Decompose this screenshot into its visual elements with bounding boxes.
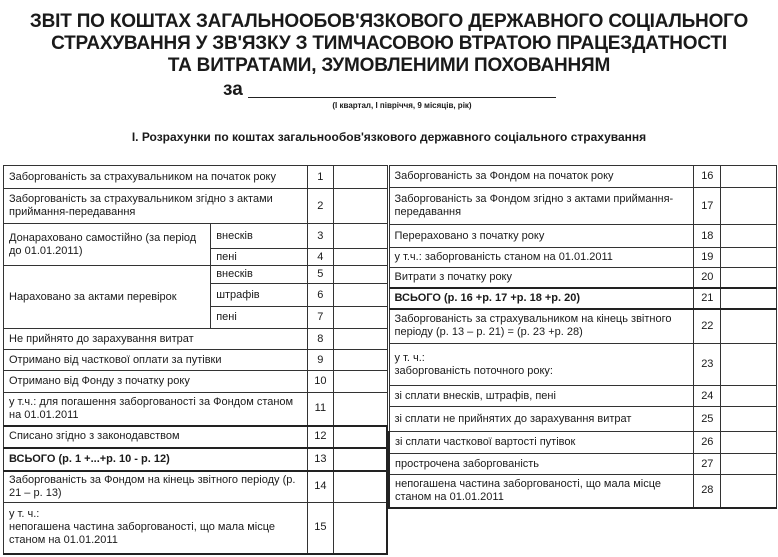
table-row: Отримано від часткової оплати за путівки…: [4, 350, 388, 371]
row-value-cell[interactable]: [721, 188, 777, 225]
row-number: 8: [307, 329, 333, 350]
row-value-cell[interactable]: [333, 284, 387, 307]
row-label: Заборгованість за страхувальником згідно…: [4, 189, 308, 224]
row-label: Заборгованість за Фондом на кінець звітн…: [4, 471, 308, 503]
row-value-cell[interactable]: [333, 224, 387, 249]
row-label: Витрати з початку року: [389, 268, 694, 288]
table-row: прострочена заборгованість 27: [389, 454, 777, 475]
row-sub-label: внесків: [211, 266, 308, 284]
row-label: у т. ч.: непогашена частина заборгованос…: [4, 503, 308, 554]
row-label: ВСЬОГО (р. 1 +...+р. 10 - р. 12): [4, 448, 308, 471]
row-value-cell[interactable]: [721, 454, 777, 475]
row-label: Заборгованість за страхувальником на поч…: [4, 166, 308, 189]
row-value-cell[interactable]: [333, 503, 387, 554]
table-row: зі сплати не прийнятих до зарахування ви…: [389, 407, 777, 432]
table-row: Заборгованість за страхувальником на поч…: [4, 166, 388, 189]
row-value-cell[interactable]: [721, 288, 777, 309]
table-row: Заборгованість за Фондом згідно з актами…: [389, 188, 777, 225]
row-value-cell[interactable]: [721, 309, 777, 344]
row-label: зі сплати часткової вартості путівок: [389, 432, 694, 454]
table-row: у т.ч.: для погашення заборгованості за …: [4, 393, 388, 426]
table-row: у т.ч.: заборгованість станом на 01.01.2…: [389, 248, 777, 268]
row-value-cell[interactable]: [333, 249, 387, 266]
row-label: прострочена заборгованість: [389, 454, 694, 475]
row-label: непогашена частина заборгованості, що ма…: [389, 475, 694, 508]
row-number: 18: [694, 225, 721, 248]
row-number: 12: [307, 426, 333, 448]
right-table: Заборгованість за Фондом на початок року…: [388, 165, 777, 509]
row-label: Отримано від Фонду з початку року: [4, 371, 308, 393]
row-number: 21: [694, 288, 721, 309]
row-value-cell[interactable]: [333, 471, 387, 503]
row-number: 14: [307, 471, 333, 503]
row-value-cell[interactable]: [333, 266, 387, 284]
report-title: ЗВІТ ПО КОШТАХ ЗАГАЛЬНООБОВ'ЯЗКОВОГО ДЕР…: [0, 11, 778, 77]
row-number: 4: [307, 249, 333, 266]
row-number: 25: [694, 407, 721, 432]
row-value-cell[interactable]: [721, 225, 777, 248]
row-value-cell[interactable]: [721, 166, 777, 188]
row-number: 2: [307, 189, 333, 224]
row-number: 26: [694, 432, 721, 454]
row-number: 23: [694, 344, 721, 386]
row-number: 28: [694, 475, 721, 508]
table-row: у т. ч.: заборгованість поточного року: …: [389, 344, 777, 386]
table-row: Нараховано за актами перевірок внесків 5: [4, 266, 388, 284]
table-row: Заборгованість за Фондом на початок року…: [389, 166, 777, 188]
row-number: 17: [694, 188, 721, 225]
title-line: ЗВІТ ПО КОШТАХ ЗАГАЛЬНООБОВ'ЯЗКОВОГО ДЕР…: [0, 11, 778, 33]
row-value-cell[interactable]: [333, 371, 387, 393]
row-value-cell[interactable]: [721, 386, 777, 407]
row-number: 10: [307, 371, 333, 393]
row-label: зі сплати не прийнятих до зарахування ви…: [389, 407, 694, 432]
row-label-line: у т. ч.:: [395, 352, 689, 365]
section-title: І. Розрахунки по коштах загальнообов'язк…: [0, 130, 778, 144]
table-row: Не прийнято до зарахування витрат 8: [4, 329, 388, 350]
period-prefix: за: [223, 79, 243, 101]
row-value-cell[interactable]: [721, 248, 777, 268]
row-value-cell[interactable]: [333, 329, 387, 350]
row-value-cell[interactable]: [333, 393, 387, 426]
row-number: 15: [307, 503, 333, 554]
table-row: у т. ч.: непогашена частина заборгованос…: [4, 503, 388, 554]
table-row: ВСЬОГО (р. 16 +р. 17 +р. 18 +р. 20) 21: [389, 288, 777, 309]
row-label-line: у т. ч.:: [9, 508, 302, 521]
row-value-cell[interactable]: [333, 166, 387, 189]
row-number: 7: [307, 307, 333, 329]
row-label-line: заборгованість поточного року:: [395, 365, 689, 378]
table-row: Заборгованість за страхувальником на кін…: [389, 309, 777, 344]
row-label-line: непогашена частина заборгованості, що ма…: [9, 521, 302, 547]
row-number: 22: [694, 309, 721, 344]
row-value-cell[interactable]: [721, 407, 777, 432]
row-label: у т.ч.: для погашення заборгованості за …: [4, 393, 308, 426]
row-number: 6: [307, 284, 333, 307]
table-row: Донараховано самостійно (за період до 01…: [4, 224, 388, 249]
table-row: Витрати з початку року 20: [389, 268, 777, 288]
row-value-cell[interactable]: [721, 268, 777, 288]
row-group-label: Донараховано самостійно (за період до 01…: [4, 224, 211, 266]
row-label: зі сплати внесків, штрафів, пені: [389, 386, 694, 407]
period-field[interactable]: [248, 97, 556, 98]
row-number: 9: [307, 350, 333, 371]
row-label: Заборгованість за Фондом згідно з актами…: [389, 188, 694, 225]
title-line: СТРАХУВАННЯ У ЗВ'ЯЗКУ З ТИМЧАСОВОЮ ВТРАТ…: [0, 33, 778, 55]
row-number: 27: [694, 454, 721, 475]
row-sub-label: пені: [211, 249, 308, 266]
row-number: 5: [307, 266, 333, 284]
row-label: Отримано від часткової оплати за путівки: [4, 350, 308, 371]
row-number: 19: [694, 248, 721, 268]
row-value-cell[interactable]: [333, 426, 387, 448]
row-label: Списано згідно з законодавством: [4, 426, 308, 448]
row-number: 16: [694, 166, 721, 188]
table-row: Отримано від Фонду з початку року 10: [4, 371, 388, 393]
period-hint: (І квартал, І півріччя, 9 місяців, рік): [248, 101, 556, 110]
row-number: 11: [307, 393, 333, 426]
title-line: ТА ВИТРАТАМИ, ЗУМОВЛЕНИМИ ПОХОВАННЯМ: [0, 55, 778, 77]
table-row: зі сплати часткової вартості путівок 26: [389, 432, 777, 454]
table-row: Перераховано з початку року 18: [389, 225, 777, 248]
row-value-cell[interactable]: [721, 475, 777, 508]
table-row: непогашена частина заборгованості, що ма…: [389, 475, 777, 508]
table-row: Заборгованість за страхувальником згідно…: [4, 189, 388, 224]
row-value-cell[interactable]: [333, 350, 387, 371]
row-value-cell[interactable]: [333, 189, 387, 224]
left-table: Заборгованість за страхувальником на поч…: [3, 165, 388, 555]
row-value-cell[interactable]: [721, 432, 777, 454]
row-value-cell[interactable]: [333, 307, 387, 329]
row-label: у т.ч.: заборгованість станом на 01.01.2…: [389, 248, 694, 268]
row-value-cell[interactable]: [721, 344, 777, 386]
row-sub-label: внесків: [211, 224, 308, 249]
row-number: 3: [307, 224, 333, 249]
row-label: ВСЬОГО (р. 16 +р. 17 +р. 18 +р. 20): [389, 288, 694, 309]
row-sub-label: штрафів: [211, 284, 308, 307]
row-number: 20: [694, 268, 721, 288]
table-row: Заборгованість за Фондом на кінець звітн…: [4, 471, 388, 503]
table-row: Списано згідно з законодавством 12: [4, 426, 388, 448]
table-row: зі сплати внесків, штрафів, пені 24: [389, 386, 777, 407]
row-label: Заборгованість за страхувальником на кін…: [389, 309, 694, 344]
row-label: у т. ч.: заборгованість поточного року:: [389, 344, 694, 386]
row-label: Заборгованість за Фондом на початок року: [389, 166, 694, 188]
row-number: 1: [307, 166, 333, 189]
row-number: 13: [307, 448, 333, 471]
row-sub-label: пені: [211, 307, 308, 329]
row-label: Не прийнято до зарахування витрат: [4, 329, 308, 350]
row-group-label: Нараховано за актами перевірок: [4, 266, 211, 329]
table-row: ВСЬОГО (р. 1 +...+р. 10 - р. 12) 13: [4, 448, 388, 471]
row-value-cell[interactable]: [333, 448, 387, 471]
row-number: 24: [694, 386, 721, 407]
row-label: Перераховано з початку року: [389, 225, 694, 248]
